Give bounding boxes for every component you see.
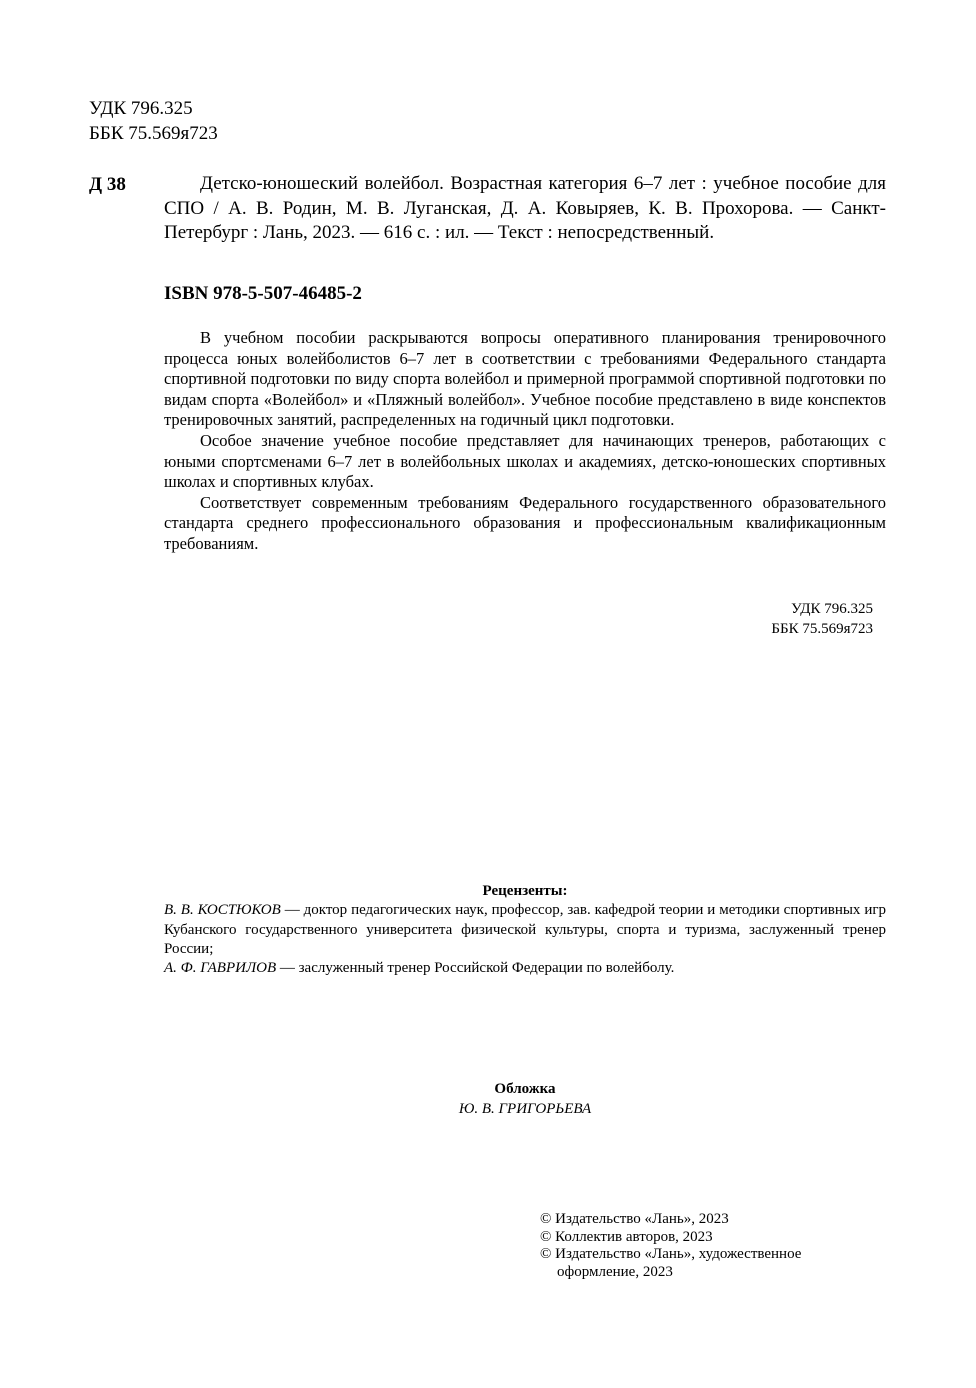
copyright-line: оформление, 2023: [540, 1264, 801, 1282]
copyright-line: © Издательство «Лань», 2023: [540, 1211, 801, 1229]
udk-code: УДК 796.325: [89, 96, 218, 121]
author-mark: Д 38: [89, 172, 126, 197]
reviewer-name: В. В. КОСТЮКОВ: [164, 902, 281, 918]
bbk-code: ББК 75.569я723: [89, 121, 218, 146]
cover-credit: Обложка Ю. В. ГРИГОРЬЕВА: [164, 1080, 886, 1119]
reviewer-entry: А. Ф. ГАВРИЛОВ — заслуженный тренер Росс…: [164, 959, 886, 978]
bibliographic-description: Детско-юношеский волейбол. Возрастная ка…: [164, 172, 886, 246]
cover-designer: Ю. В. ГРИГОРЬЕВА: [164, 1100, 886, 1120]
abstract-paragraph: Соответствует современным требованиям Фе…: [164, 493, 886, 555]
reviewer-name: А. Ф. ГАВРИЛОВ: [164, 960, 276, 976]
abstract-paragraph: В учебном пособии раскрываются вопросы о…: [164, 328, 886, 431]
reviewer-description: — заслуженный тренер Российской Федераци…: [276, 960, 674, 976]
isbn: ISBN 978-5-507-46485-2: [164, 281, 362, 306]
reviewer-entry: В. В. КОСТЮКОВ — доктор педагогических н…: [164, 901, 886, 959]
abstract-paragraph: Особое значение учебное пособие представ…: [164, 431, 886, 493]
reviewers-section: Рецензенты: В. В. КОСТЮКОВ — доктор педа…: [164, 882, 886, 978]
copyright-line: © Коллектив авторов, 2023: [540, 1229, 801, 1247]
reviewers-heading: Рецензенты:: [164, 882, 886, 901]
classification-codes-right: УДК 796.325 ББК 75.569я723: [740, 600, 873, 639]
copyright-line: © Издательство «Лань», художественное: [540, 1246, 801, 1264]
bbk-code: ББК 75.569я723: [740, 620, 873, 640]
classification-codes-top: УДК 796.325 ББК 75.569я723: [89, 96, 218, 146]
udk-code: УДК 796.325: [740, 600, 873, 620]
cover-heading: Обложка: [164, 1080, 886, 1100]
abstract: В учебном пособии раскрываются вопросы о…: [164, 328, 886, 555]
copyright-block: © Издательство «Лань», 2023 © Коллектив …: [540, 1211, 801, 1281]
